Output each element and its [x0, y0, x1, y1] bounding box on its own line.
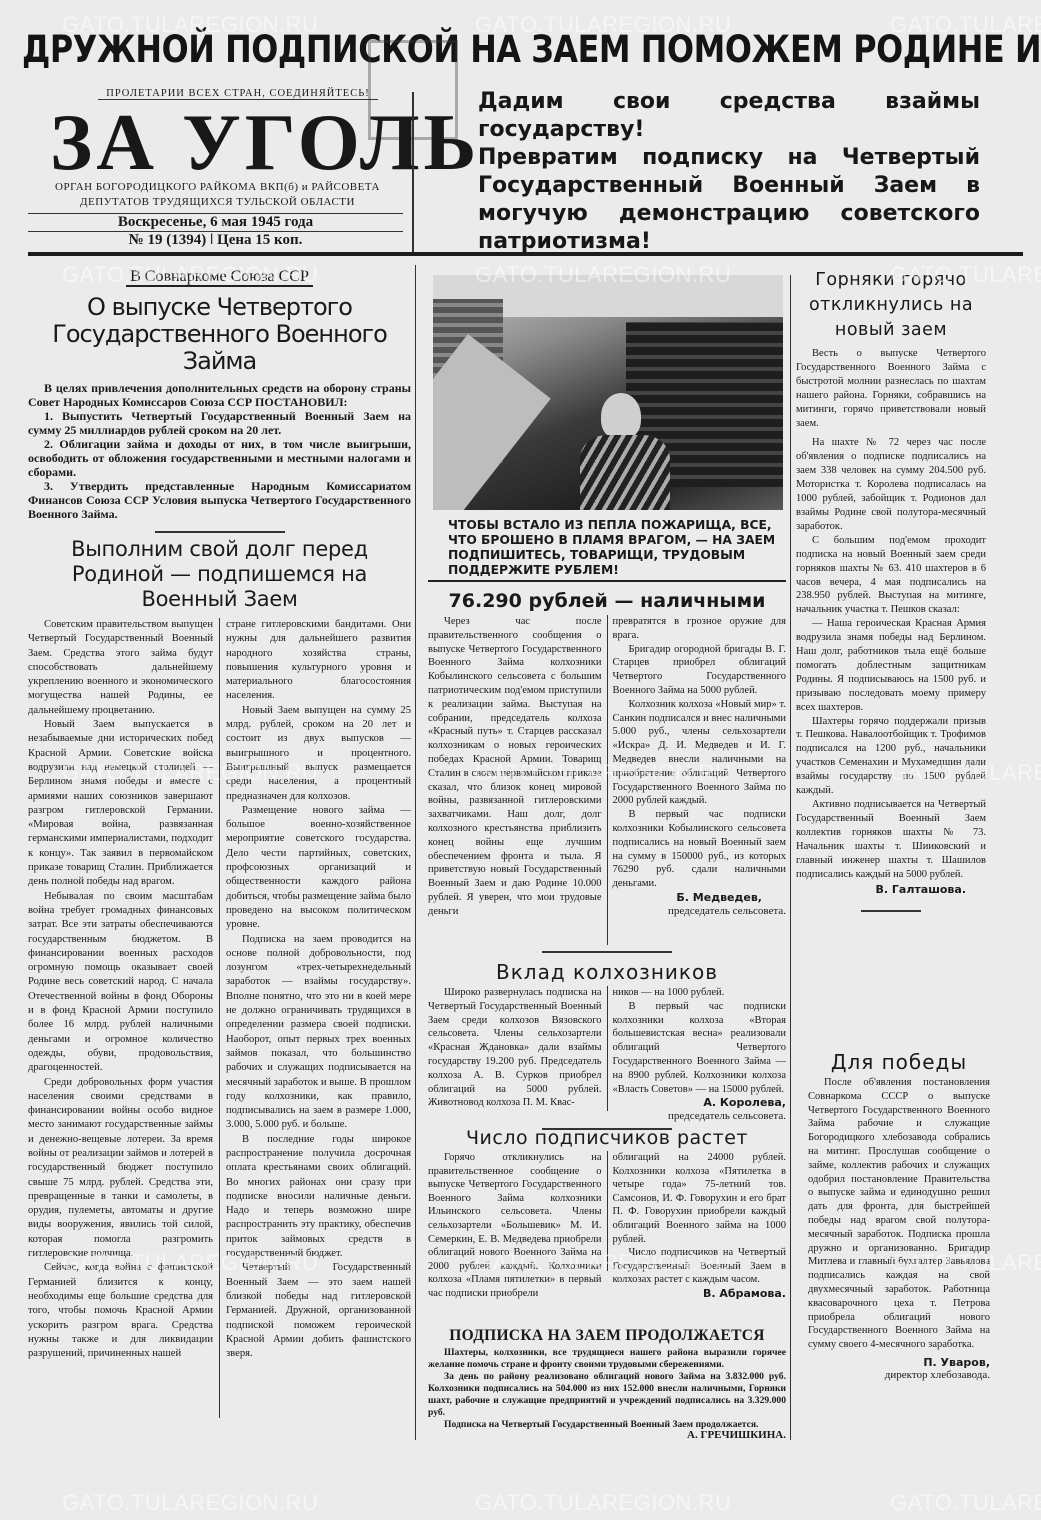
- continues-article: ПОДПИСКА НА ЗАЕМ ПРОДОЛЖАЕТСЯ Шахтеры, к…: [428, 1327, 786, 1441]
- masthead-organ: ОРГАН БОГОРОДИЦКОГО РАЙКОМА ВКП(б) и РАЙ…: [30, 180, 405, 210]
- column-divider: [790, 275, 791, 1440]
- paragraph: В первый час подписки колхозники Кобылин…: [612, 808, 786, 891]
- column-divider: [607, 615, 608, 945]
- editorial-article: Выполним свой долг перед Родиной — подпи…: [28, 537, 411, 1418]
- subscribers-article: Число подписчиков растет Горячо откликну…: [428, 1127, 786, 1301]
- cash-article: 76.290 рублей — наличными Через час посл…: [428, 590, 786, 953]
- contribution-article: Вклад колхозников Широко развернулась по…: [428, 960, 786, 1130]
- paragraph: Среди добровольных форм участия населени…: [28, 1076, 213, 1262]
- paragraph: Бригадир огородной бригады В. Г. Старцев…: [612, 643, 786, 698]
- paragraph: С большим под'емом проходит подписка на …: [796, 534, 986, 617]
- header-slogans: Дадим свои средства взаймы государству! …: [478, 88, 980, 256]
- decree-item: 1. Выпустить Четвертый Государственный В…: [28, 409, 411, 437]
- masthead-title: ЗА УГОЛЬ: [50, 98, 480, 189]
- paragraph: Подписка на заем проводится на основе по…: [226, 933, 411, 1133]
- paragraph: Колхозник колхоза «Новый мир» т. Санкин …: [612, 698, 786, 808]
- subscribers-signature: В. Абрамова.: [612, 1287, 786, 1301]
- miners-title: Горняки горячо откликнулись на новый зае…: [796, 268, 986, 343]
- cash-signature: Б. Медведев,: [612, 891, 762, 905]
- column-divider: [607, 1151, 608, 1271]
- continues-title: ПОДПИСКА НА ЗАЕМ ПРОДОЛЖАЕТСЯ: [428, 1327, 786, 1345]
- column-divider: [415, 265, 416, 1440]
- paragraph: В первый час подписки колхозники колхоза…: [612, 1000, 786, 1097]
- illustration-caption: ЧТОБЫ ВСТАЛО ИЗ ПЕПЛА ПОЖАРИЩА, ВСЕ, ЧТО…: [448, 518, 778, 578]
- subscribers-title: Число подписчиков растет: [428, 1127, 786, 1149]
- contribution-signature: А. Королева,: [612, 1096, 786, 1110]
- subscribers-column-2: облигаций на 24000 рублей. Колхозники ко…: [612, 1151, 786, 1301]
- cash-column-2: превратятся в грозное оружие для врага. …: [612, 615, 786, 945]
- victory-body: После об'явления постановления Совнарком…: [808, 1076, 990, 1352]
- victory-signature: П. Уваров,: [808, 1356, 990, 1369]
- cash-column-1: Через час после правительственного сообщ…: [428, 615, 602, 945]
- paragraph: стране гитлеровскими бандитами. Они нужн…: [226, 618, 411, 704]
- paragraph: Новый Заем выпущен на сумму 25 млрд. руб…: [226, 704, 411, 804]
- miners-signature: В. Галташова.: [796, 883, 966, 896]
- paragraph: Советским правительством выпущен Четверт…: [28, 618, 213, 718]
- section-rule: [861, 910, 921, 912]
- paragraph: На шахте № 72 через час после об'явления…: [796, 436, 986, 533]
- editorial-column-2: стране гитлеровскими бандитами. Они нужн…: [226, 618, 411, 1418]
- paragraph: Активно подписывается на Четвертый Госуд…: [796, 798, 986, 881]
- watermark: GATO.TULAREGION.RU: [890, 1490, 1041, 1516]
- watermark: GATO.TULAREGION.RU: [475, 1490, 731, 1516]
- slogan-2: Превратим подписку на Четвертый Государс…: [478, 144, 980, 256]
- decree-article: В Совнаркоме Союза ССР О выпуске Четверт…: [28, 268, 411, 533]
- column-divider: [607, 986, 608, 1111]
- subscribers-column-1: Горячо откликнулись на правительственное…: [428, 1151, 602, 1301]
- decree-item: 2. Облигации займа и доходы от них, в то…: [28, 437, 411, 479]
- section-rule: [428, 580, 786, 582]
- organ-line-1: ОРГАН БОГОРОДИЦКОГО РАЙКОМА ВКП(б) и РАЙ…: [30, 180, 405, 195]
- issue-date: Воскресенье, 6 мая 1945 года: [28, 213, 403, 232]
- section-rule: [542, 951, 672, 953]
- paragraph: За день по району реализовано облигаций …: [428, 1371, 786, 1419]
- decree-body: В целях привлечения дополнительных средс…: [28, 381, 411, 521]
- paragraph: превратятся в грозное оружие для врага.: [612, 615, 786, 643]
- editorial-title: Выполним свой долг перед Родиной — подпи…: [28, 537, 411, 612]
- decree-kicker: В Совнаркоме Союза ССР: [126, 268, 313, 287]
- continues-body: Шахтеры, колхозники, все трудящиеся наше…: [428, 1347, 786, 1431]
- issue-divider: ǀ: [210, 232, 217, 248]
- paragraph: Горячо откликнулись на правительственное…: [428, 1151, 602, 1301]
- contribution-signature-role: председатель сельсовета.: [612, 1110, 786, 1124]
- paragraph: Весть о выпуске Четвертого Государственн…: [796, 347, 986, 430]
- paragraph: Небывалая по своим масштабам война требу…: [28, 890, 213, 1076]
- paragraph: Широко развернулась подписка на Четверты…: [428, 986, 602, 1110]
- illustration-ruined-city: [433, 275, 783, 510]
- paragraph: После об'явления постановления Совнарком…: [808, 1076, 990, 1352]
- slogan-1: Дадим свои средства взаймы государству!: [478, 88, 980, 144]
- paragraph: ников — на 1000 рублей.: [612, 986, 786, 1000]
- victory-title: Для победы: [808, 1050, 990, 1074]
- miners-body: Весть о выпуске Четвертого Государственн…: [796, 347, 986, 881]
- victory-signature-role: директор хлебозавода.: [808, 1369, 990, 1381]
- contribution-column-2: ников — на 1000 рублей. В первый час под…: [612, 986, 786, 1124]
- paragraph: Шахтеры, колхозники, все трудящиеся наше…: [428, 1347, 786, 1371]
- paragraph: Размещение нового займа — большое военно…: [226, 804, 411, 933]
- decree-item: 3. Утвердить представленные Народным Ком…: [28, 479, 411, 521]
- victory-article: Для победы После об'явления постановлени…: [808, 1050, 990, 1381]
- decree-intro: В целях привлечения дополнительных средс…: [28, 381, 411, 409]
- woman-figure: [601, 393, 641, 439]
- paragraph: Четвертый Государственный Военный Заем —…: [226, 1261, 411, 1361]
- paragraph: Сейчас, когда война с фашистской Германи…: [28, 1261, 213, 1361]
- issue-info: № 19 (1394) ǀ Цена 15 коп.: [28, 232, 403, 249]
- contribution-column-1: Широко развернулась подписка на Четверты…: [428, 986, 602, 1124]
- paragraph: — Наша героическая Красная Армия водрузи…: [796, 617, 986, 714]
- paragraph: Через час после правительственного сообщ…: [428, 615, 602, 919]
- editorial-column-1: Советским правительством выпущен Четверт…: [28, 618, 213, 1418]
- issue-price: Цена 15 коп.: [217, 232, 302, 248]
- issue-number: № 19 (1394): [129, 232, 207, 248]
- header-rule: [28, 252, 1023, 256]
- paragraph: В последние годы широкое распространение…: [226, 1133, 411, 1262]
- paragraph: облигаций на 24000 рублей. Колхозники ко…: [612, 1151, 786, 1246]
- paragraph: Число подписчиков на Четвертый Государст…: [612, 1246, 786, 1287]
- miners-article: Горняки горячо откликнулись на новый зае…: [796, 268, 986, 912]
- cash-signature-role: председатель сельсовета.: [612, 905, 786, 919]
- section-rule: [155, 531, 285, 533]
- watermark: GATO.TULAREGION.RU: [62, 1490, 318, 1516]
- contribution-title: Вклад колхозников: [428, 960, 786, 984]
- paragraph: Новый Заем выпускается в незабываемые дн…: [28, 718, 213, 890]
- paragraph: Шахтеры горячо поддержали призыв т. Пешк…: [796, 715, 986, 798]
- organ-line-2: ДЕПУТАТОВ ТРУДЯЩИХСЯ ТУЛЬСКОЙ ОБЛАСТИ: [30, 195, 405, 210]
- decree-title: О выпуске Четвертого Государственного Во…: [28, 294, 411, 375]
- column-divider: [219, 618, 220, 1418]
- header-divider: [412, 92, 414, 252]
- cash-title: 76.290 рублей — наличными: [428, 590, 786, 612]
